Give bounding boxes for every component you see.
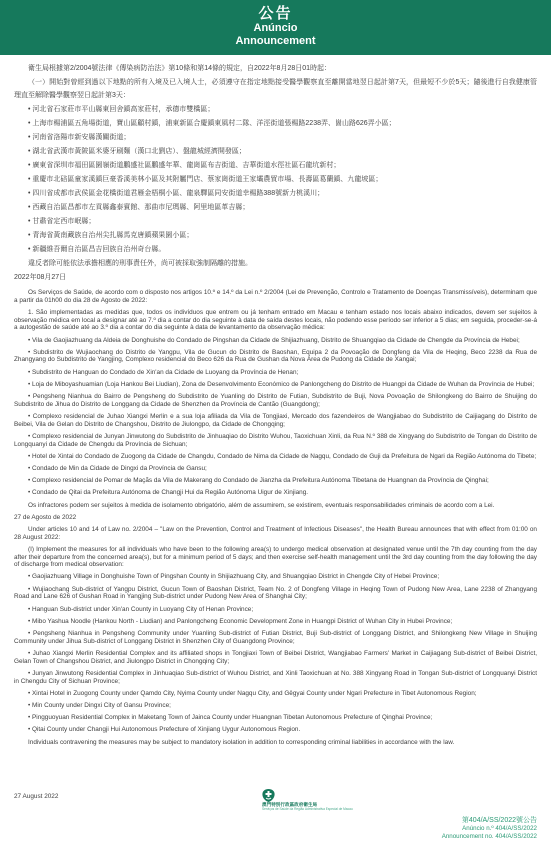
zh-date: 2022年08月27日 — [14, 271, 537, 284]
pt-intro: Os Serviços de Saúde, de acordo com o di… — [14, 289, 537, 304]
area-bullet: Wujiaochang Sub-district of Yangpu Distr… — [14, 586, 537, 601]
pt-area-list: Vila de Gaojiazhuang da Aldeia de Donghu… — [14, 337, 537, 498]
area-bullet: 新疆維吾爾自治區昌吉回族自治州奇台縣。 — [14, 243, 537, 256]
area-bullet: Xintai Hotel in Zuogong County under Qam… — [14, 690, 537, 698]
pt-warning: Os infractores podem ser sujeitos à medi… — [14, 502, 537, 510]
pt-item1: 1. São implementadas as medidas que, tod… — [14, 309, 537, 332]
en-intro: Under articles 10 and 14 of Law no. 2/20… — [14, 526, 537, 541]
area-bullet: Complexo residencial de Junyan Jinwutong… — [14, 433, 537, 448]
header-title-zh: 公告 — [0, 5, 551, 22]
en-item1: (I) Implement the measures for all indiv… — [14, 546, 537, 569]
area-bullet: Complexo residencial de Pomar de Maçãs d… — [14, 477, 537, 485]
pt-date: 27 de Agosto de 2022 — [14, 514, 537, 522]
header-title-en: Announcement — [0, 35, 551, 48]
area-bullet: Condado de Min da Cidade de Dingxi da Pr… — [14, 465, 537, 473]
area-bullet: Hotel de Xintai do Condado de Zuogong da… — [14, 453, 537, 461]
area-bullet: 河北省石家莊市平山縣東回舍鎮高家莊村，承德市雙橋區； — [14, 103, 537, 116]
health-bureau-logo-icon — [262, 789, 275, 802]
logo-org-name-pt: Serviços de Saúde da Região Administrati… — [262, 807, 353, 811]
announcement-body: 衛生局根據第2/2004號法律《傳染病防治法》第10條和第14條的規定，自202… — [0, 55, 551, 746]
area-bullet: Pengsheng Nianhua in Pengsheng Community… — [14, 630, 537, 645]
area-bullet: Vila de Gaojiazhuang da Aldeia de Donghu… — [14, 337, 537, 345]
area-bullet: Subdistrito de Hanguan do Condado de Xin… — [14, 369, 537, 377]
area-bullet: Min County under Dingxi City of Gansu Pr… — [14, 702, 537, 710]
area-bullet: Gaojiazhuang Village in Donghuishe Town … — [14, 573, 537, 581]
area-bullet: Subdistrito de Wujiaochang do Distrito d… — [14, 349, 537, 364]
reference-number-en: Announcement no. 404/A/SS/2022 — [442, 833, 537, 841]
section-portuguese: Os Serviços de Saúde, de acordo com o di… — [14, 289, 537, 521]
area-bullet: Condado de Qitai da Prefeitura Autónoma … — [14, 489, 537, 497]
area-bullet: Juhao Xiangxi Merlin Residential Complex… — [14, 650, 537, 665]
header-title-pt: Anúncio — [0, 22, 551, 35]
area-bullet: 上海市楊浦區五角場街道，寶山區顧村鎮，浦東新區合慶鎮東風村二隊、洋涇街道張楊路2… — [14, 117, 537, 130]
zh-area-list: 河北省石家莊市平山縣東回舍鎮高家莊村，承德市雙橋區；上海市楊浦區五角場街道，寶山… — [14, 103, 537, 256]
area-bullet: Mibo Yashua Noodle (Hankou North - Liudi… — [14, 618, 537, 626]
section-english: Under articles 10 and 14 of Law no. 2/20… — [14, 526, 537, 746]
en-warning: Individuals contravening the measures ma… — [14, 739, 537, 747]
area-bullet: Hanguan Sub-district under Xin'an County… — [14, 606, 537, 614]
area-bullet: 西藏自治區昌都市左貢縣鑫泰賓館、那曲市尼瑪縣、阿里地區革吉縣； — [14, 201, 537, 214]
area-bullet: Pengsheng Nianhua do Bairro de Pengsheng… — [14, 393, 537, 408]
reference-numbers: 第404/A/SS/2022號公告 Anúncio n.º 404/A/SS/2… — [442, 816, 537, 841]
area-bullet: Complexo residencial de Juhao Xiangxi Me… — [14, 413, 537, 428]
section-chinese: 衛生局根據第2/2004號法律《傳染病防治法》第10條和第14條的規定，自202… — [14, 62, 537, 284]
area-bullet: 甘肅省定西市岷縣； — [14, 215, 537, 228]
reference-number-pt: Anúncio n.º 404/A/SS/2022 — [442, 825, 537, 833]
en-area-list: Gaojiazhuang Village in Donghuishe Town … — [14, 573, 537, 734]
area-bullet: 青海省黃南藏族自治州尖扎縣馬克唐鎮蘋果園小區； — [14, 229, 537, 242]
area-bullet: 重慶市北碚區童家溪鎮巨豪香溪美林小區及其附屬門店、蔡家崗街道王家壩農貿市場、長壽… — [14, 173, 537, 186]
zh-intro: 衛生局根據第2/2004號法律《傳染病防治法》第10條和第14條的規定，自202… — [14, 62, 537, 75]
area-bullet: Qitai County under Changji Hui Autonomou… — [14, 726, 537, 734]
area-bullet: 河南省洛陽市新安縣漢關街道； — [14, 131, 537, 144]
area-bullet: Pingguoyuan Residential Complex in Maket… — [14, 714, 537, 722]
reference-number-zh: 第404/A/SS/2022號公告 — [442, 816, 537, 825]
area-bullet: 湖北省武漢市黃陂區米婆牙刷麵（漢口北劉店）、盤龍城經濟開發區； — [14, 145, 537, 158]
zh-warning: 違反者除可能依法承擔相應的刑事責任外，尚可被採取強制隔離的措施。 — [14, 257, 537, 270]
area-bullet: 四川省成都市武侯區金花橋街道君雁金梧桐小區、龍泉驛區同安街道幸楊路388號新力桃… — [14, 187, 537, 200]
en-date: 27 August 2022 — [14, 793, 58, 800]
area-bullet: Junyan Jinwutong Residential Complex in … — [14, 670, 537, 685]
footer: 27 August 2022 澳門特別行政區政府衛生局 Serviços de … — [14, 789, 537, 815]
zh-item1: （一）開始對曾經到過以下地點的所有入境及已入境人士，必須遵守在指定地點接受醫學觀… — [14, 76, 537, 102]
area-bullet: Loja de Miboyashuamian (Loja Hankou Bei … — [14, 381, 537, 389]
area-bullet: 廣東省深圳市福田區園嶺街道鵬盛社區鵬盛年華、龍崗區布吉街道、吉華街道水徑社區石龍… — [14, 159, 537, 172]
health-bureau-logo-block: 澳門特別行政區政府衛生局 Serviços de Saúde da Região… — [262, 789, 353, 811]
announcement-header: 公告 Anúncio Announcement — [0, 0, 551, 55]
